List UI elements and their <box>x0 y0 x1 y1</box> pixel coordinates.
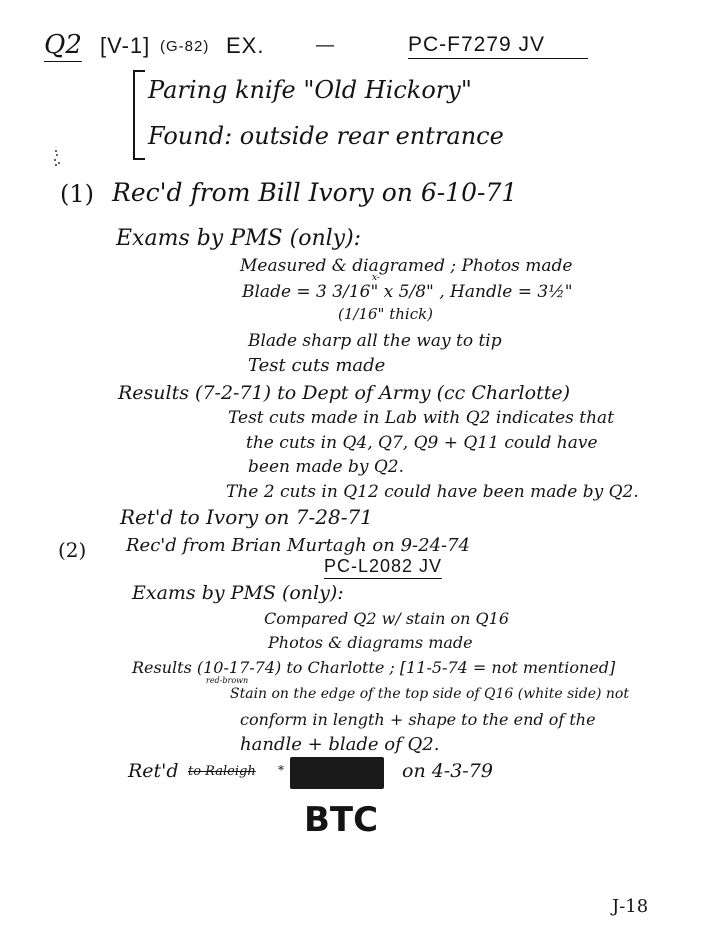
header-dash: — <box>315 32 335 56</box>
description-line-2: Found: outside rear entrance <box>148 122 504 150</box>
entry-1-exam-line: Measured & diagramed ; Photos made <box>240 256 573 276</box>
ref-code: (G-82) <box>160 38 209 55</box>
entry-1-exam-line: (1/16" thick) <box>338 305 433 323</box>
entry-2-exams-heading: Exams by PMS (only): <box>132 582 344 604</box>
entry-1-results-heading: Results (7-2-71) to Dept of Army (cc Cha… <box>118 382 570 404</box>
entry-2-received: Rec'd from Brian Murtagh on 9-24-74 <box>126 535 470 556</box>
redaction-block <box>290 757 384 789</box>
results-insert-note: red-brown <box>206 676 248 685</box>
entry-1-results-line: The 2 cuts in Q12 could have been made b… <box>226 482 639 502</box>
description-bracket <box>133 70 145 160</box>
entry-1-exam-line: Test cuts made <box>248 355 385 376</box>
item-id: Q2 <box>44 30 82 62</box>
entry-2-returned-mark: * <box>278 763 284 777</box>
entry-2-number: (2) <box>58 538 86 562</box>
description-line-1: Paring knife "Old Hickory" <box>148 76 472 104</box>
entry-2-exam-line: Compared Q2 w/ stain on Q16 <box>264 609 509 628</box>
entry-1-exam-line: Blade = 3 3/16" x 5/8" , Handle = 3½" <box>242 282 573 302</box>
entry-1-results-line: been made by Q2. <box>248 457 404 477</box>
entry-1-received: Rec'd from Bill Ivory on 6-10-71 <box>112 178 517 207</box>
scan-speckle <box>52 150 62 170</box>
handwritten-evidence-page: Q2 [V-1] (G-82) EX. — PC-F7279 JV Paring… <box>0 0 720 936</box>
entry-2-returned-prefix: Ret'd <box>128 760 179 782</box>
entry-2-returned-suffix: on 4-3-79 <box>402 760 493 782</box>
entry-1-results-line: Test cuts made in Lab with Q2 indicates … <box>228 408 614 428</box>
entry-2-exam-line: Photos & diagrams made <box>268 633 473 652</box>
entry-2-case-number: PC-L2082 JV <box>324 556 442 579</box>
entry-1-exams-heading: Exams by PMS (only): <box>116 226 361 251</box>
initials: BTC <box>304 800 378 840</box>
entry-2-results-line: conform in length + shape to the end of … <box>240 710 596 729</box>
entry-1-exam-line: Blade sharp all the way to tip <box>248 331 502 351</box>
bracket-code: [V-1] <box>100 33 150 59</box>
entry-2-results-line: handle + blade of Q2. <box>240 734 439 755</box>
page-id: J-18 <box>612 896 648 917</box>
entry-1-returned: Ret'd to Ivory on 7-28-71 <box>120 505 373 529</box>
ex-label: EX. <box>226 33 264 59</box>
entry-1-results-line: the cuts in Q4, Q7, Q9 + Q11 could have <box>246 433 598 453</box>
entry-2-results-heading: Results (10-17-74) to Charlotte ; [11-5-… <box>132 658 615 677</box>
entry-2-returned-struck: to Raleigh <box>188 764 256 779</box>
case-number: PC-F7279 JV <box>408 33 588 59</box>
entry-2-results-line: Stain on the edge of the top side of Q16… <box>230 686 629 702</box>
entry-1-number: (1) <box>60 180 94 208</box>
